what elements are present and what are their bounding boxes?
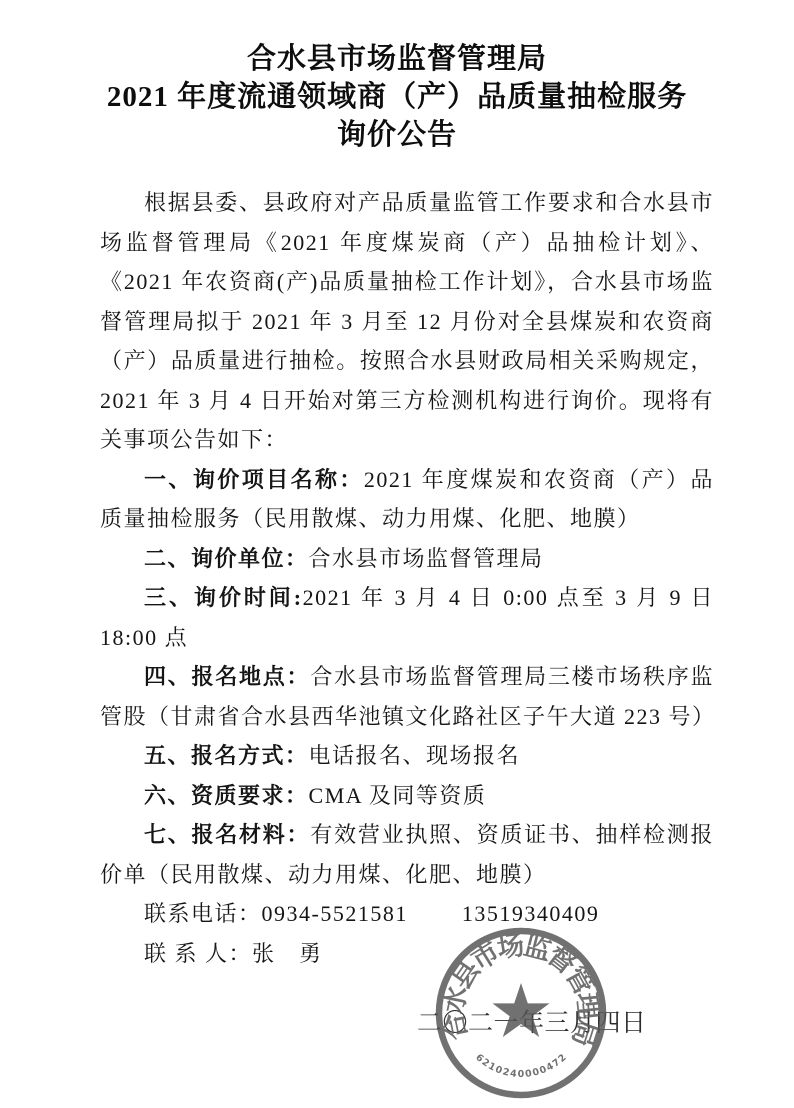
contact-person-name: 张 勇: [252, 941, 323, 966]
item-paragraph-5: 五、报名方式：电话报名、现场报名: [100, 736, 714, 776]
item-paragraph-1: 一、询价项目名称：2021 年度煤炭和农资商（产）品质量抽检服务（民用散煤、动力…: [100, 460, 714, 539]
item-5-text: 电话报名、现场报名: [309, 743, 521, 768]
document-body: 根据县委、县政府对产品质量监管工作要求和合水县市场监督管理局《2021 年度煤炭…: [100, 183, 714, 973]
official-seal: 合水县市场监督管理局 6210240000472: [416, 910, 616, 1108]
contact-phone-line: 联系电话：0934-552158113519340409: [100, 894, 714, 934]
contact-person-label: 联 系 人：: [144, 941, 252, 966]
item-4-label: 四、报名地点：: [144, 664, 310, 689]
item-6-label: 六、资质要求：: [144, 783, 309, 808]
item-paragraph-7: 七、报名材料：有效营业执照、资质证书、抽样检测报价单（民用散煤、动力用煤、化肥、…: [100, 815, 714, 894]
contact-phone-label: 联系电话：: [144, 901, 262, 926]
contact-person-line: 联 系 人：张 勇: [100, 934, 714, 974]
title-line-2: 2021 年度流通领域商（产）品质量抽检服务: [0, 78, 794, 116]
title-line-3: 询价公告: [0, 116, 794, 154]
item-6-text: CMA 及同等资质: [309, 783, 487, 808]
item-2-text: 合水县市场监督管理局: [309, 546, 544, 571]
document-title: 合水县市场监督管理局 2021 年度流通领域商（产）品质量抽检服务 询价公告: [0, 40, 794, 154]
item-paragraph-2: 二、询价单位：合水县市场监督管理局: [100, 539, 714, 579]
item-7-label: 七、报名材料：: [144, 822, 310, 847]
item-5-label: 五、报名方式：: [144, 743, 309, 768]
item-2-label: 二、询价单位：: [144, 546, 309, 571]
item-paragraph-6: 六、资质要求：CMA 及同等资质: [100, 776, 714, 816]
item-paragraph-3: 三、询价时间:2021 年 3 月 4 日 0:00 点至 3 月 9 日 18…: [100, 578, 714, 657]
item-paragraph-4: 四、报名地点：合水县市场监督管理局三楼市场秩序监管股（甘肃省合水县西华池镇文化路…: [100, 657, 714, 736]
scanned-document-page: 合水县市场监督管理局 2021 年度流通领域商（产）品质量抽检服务 询价公告 根…: [0, 0, 794, 1108]
seal-code-text: 6210240000472: [473, 1052, 569, 1081]
item-1-label: 一、询价项目名称：: [144, 467, 364, 492]
intro-paragraph: 根据县委、县政府对产品质量监管工作要求和合水县市场监督管理局《2021 年度煤炭…: [100, 183, 714, 460]
item-3-label: 三、询价时间:: [144, 585, 303, 610]
title-line-1: 合水县市场监督管理局: [0, 40, 794, 78]
contact-phone-1: 0934-5521581: [262, 901, 408, 926]
star-icon: [493, 983, 550, 1037]
